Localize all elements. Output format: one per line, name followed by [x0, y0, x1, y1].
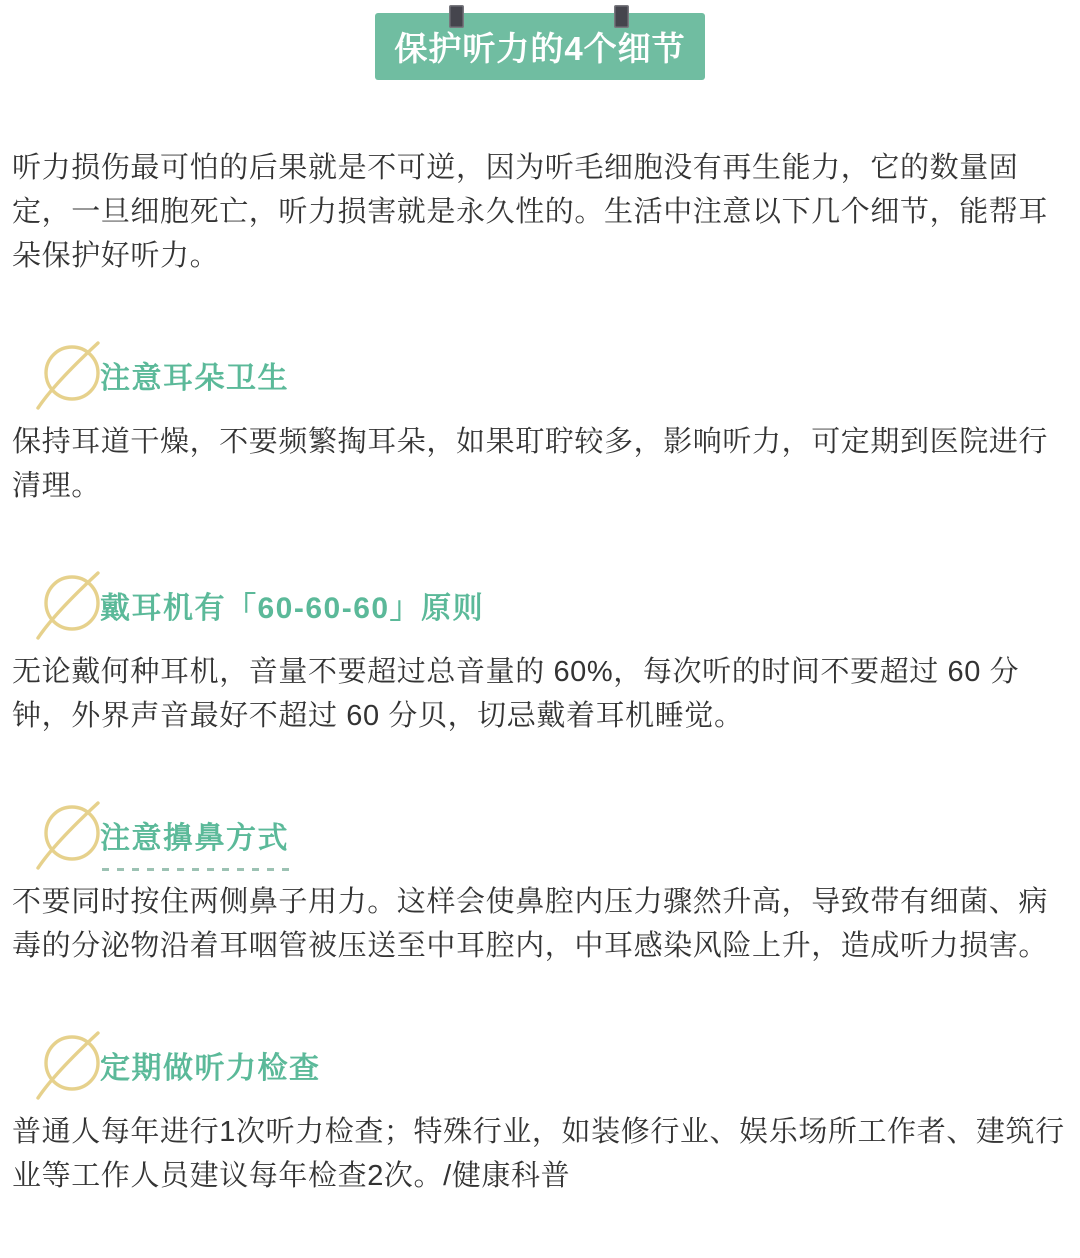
topic-section: 戴耳机有「60-60-60」原则 无论戴何种耳机，音量不要超过总音量的 60%，…	[12, 568, 1068, 738]
ring-doodle-icon	[28, 568, 108, 642]
section-body: 保持耳道干燥，不要频繁掏耳朵，如果耵聍较多，影响听力，可定期到医院进行清理。	[12, 420, 1068, 508]
ring-doodle-icon	[28, 338, 108, 412]
article-header: 保护听力的4个细节	[0, 0, 1080, 82]
sections-container: 注意耳朵卫生 保持耳道干燥，不要频繁掏耳朵，如果耵聍较多，影响听力，可定期到医院…	[12, 338, 1068, 1198]
section-heading-row: 注意耳朵卫生	[12, 338, 1068, 412]
topic-section: 注意擤鼻方式 不要同时按住两侧鼻子用力。这样会使鼻腔内压力骤然升高，导致带有细菌…	[12, 798, 1068, 968]
section-body: 无论戴何种耳机，音量不要超过总音量的 60%，每次听的时间不要超过 60 分钟，…	[12, 650, 1068, 738]
section-body: 不要同时按住两侧鼻子用力。这样会使鼻腔内压力骤然升高，导致带有细菌、病毒的分泌物…	[12, 880, 1068, 968]
section-title: 戴耳机有「60-60-60」原则	[100, 583, 484, 627]
title-banner: 保护听力的4个细节	[375, 13, 705, 80]
bottom-whitespace	[12, 1198, 1068, 1258]
topic-section: 定期做听力检查 普通人每年进行1次听力检查；特殊行业，如装修行业、娱乐场所工作者…	[12, 1028, 1068, 1198]
ring-doodle-icon	[28, 1028, 108, 1102]
topic-section: 注意耳朵卫生 保持耳道干燥，不要频繁掏耳朵，如果耵聍较多，影响听力，可定期到医院…	[12, 338, 1068, 508]
section-title: 定期做听力检查	[100, 1043, 321, 1087]
section-heading-row: 注意擤鼻方式	[12, 798, 1068, 872]
pin-icon	[614, 5, 629, 28]
section-title: 注意擤鼻方式	[100, 813, 289, 857]
ring-doodle-icon	[28, 798, 108, 872]
section-heading-row: 戴耳机有「60-60-60」原则	[12, 568, 1068, 642]
section-heading-row: 定期做听力检查	[12, 1028, 1068, 1102]
intro-paragraph: 听力损伤最可怕的后果就是不可逆，因为听毛细胞没有再生能力，它的数量固定，一旦细胞…	[12, 146, 1068, 278]
section-title: 注意耳朵卫生	[100, 353, 289, 397]
pin-icon	[449, 5, 464, 28]
page-title: 保护听力的4个细节	[394, 23, 685, 70]
article-body: 听力损伤最可怕的后果就是不可逆，因为听毛细胞没有再生能力，它的数量固定，一旦细胞…	[0, 146, 1080, 1258]
section-body: 普通人每年进行1次听力检查；特殊行业，如装修行业、娱乐场所工作者、建筑行业等工作…	[12, 1110, 1068, 1198]
